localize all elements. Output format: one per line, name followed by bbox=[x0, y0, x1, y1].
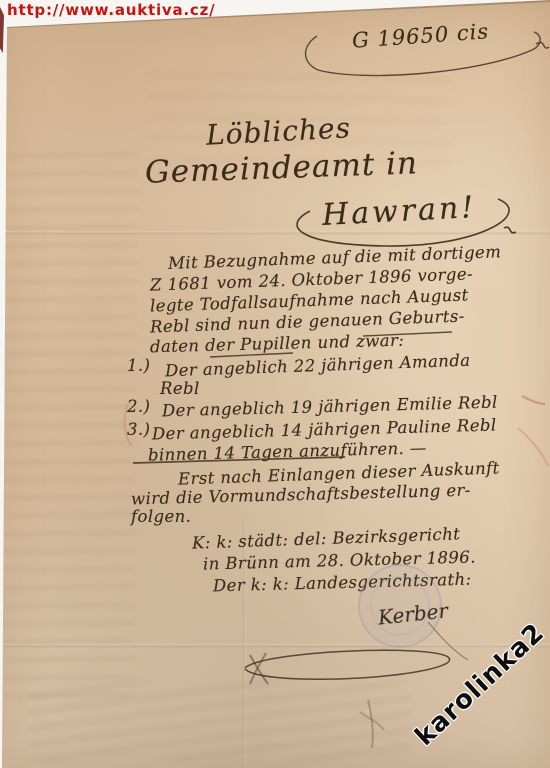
letter-line: binnen 14 Tagen anzuführen. — bbox=[148, 440, 427, 464]
letter-line: daten der Pupillen und zwar: bbox=[150, 333, 405, 356]
paper-sheet: G 19650 cis Löbliches Gemeindeamt in Haw… bbox=[0, 0, 550, 768]
letter-line: Der angeblich 14 jährigen Pauline Rebl bbox=[152, 417, 497, 443]
pencil-cross-marks bbox=[250, 653, 384, 748]
registry-number: G 19650 cis bbox=[351, 21, 489, 52]
letter-line: Der angeblich 22 jährigen Amanda bbox=[165, 353, 471, 380]
item-number: 3.) bbox=[127, 422, 150, 439]
showthrough-marks-left bbox=[4, 140, 138, 701]
letter-line: folgen. bbox=[131, 509, 191, 526]
red-corner-sliver bbox=[0, 7, 4, 53]
salutation-line-3-place: Hawran! bbox=[321, 193, 477, 231]
fold-crease-lower bbox=[0, 644, 550, 647]
source-url-text: http://www.auktiva.cz/ bbox=[7, 1, 215, 19]
item-number: 2.) bbox=[127, 399, 150, 416]
closing-title-line: Der k: k: Landesgerichtsrath: bbox=[213, 572, 472, 595]
signature: Kerber bbox=[377, 600, 449, 627]
fold-crease-upper bbox=[0, 231, 550, 234]
showthrough-marks-bottom bbox=[30, 682, 410, 760]
salutation-line-1: Löbliches bbox=[205, 114, 351, 150]
scanned-letter-photo: G 19650 cis Löbliches Gemeindeamt in Haw… bbox=[0, 0, 550, 768]
salutation-line-2: Gemeindeamt in bbox=[145, 148, 419, 189]
letter-line: Rebl bbox=[160, 381, 200, 398]
item-number: 1.) bbox=[127, 358, 150, 375]
closing-date-line: in Brünn am 28. Oktober 1896. bbox=[203, 549, 476, 573]
